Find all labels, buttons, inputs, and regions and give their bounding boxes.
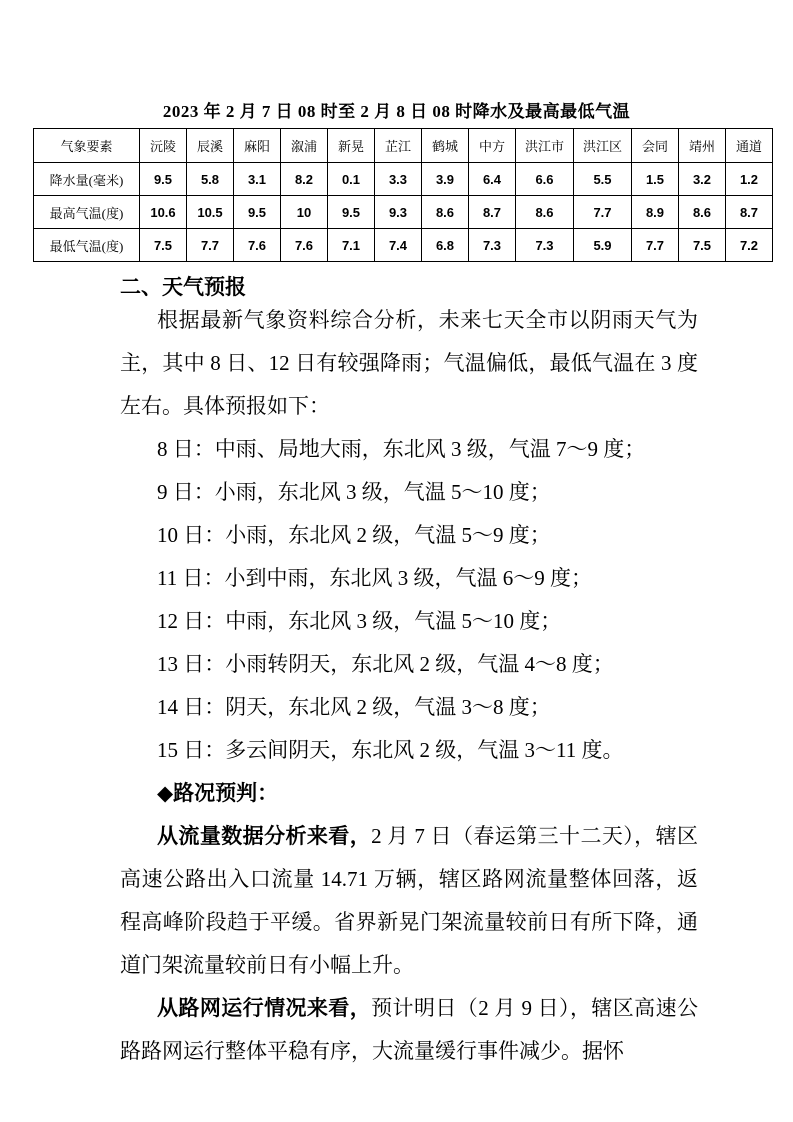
table-cell: 7.7: [187, 229, 234, 262]
forecast-line: 13 日：小雨转阴天，东北风 2 级，气温 4～8 度；: [120, 643, 698, 686]
forecast-line: 15 日：多云间阴天，东北风 2 级，气温 3～11 度。: [120, 729, 698, 772]
table-cell: 0.1: [328, 163, 375, 196]
table-cell: 7.3: [516, 229, 574, 262]
table-cell: 10: [281, 196, 328, 229]
table-row-precipitation: 降水量(毫米) 9.5 5.8 3.1 8.2 0.1 3.3 3.9 6.4 …: [34, 163, 773, 196]
table-header-cell: 沅陵: [140, 129, 187, 163]
table-cell: 7.6: [234, 229, 281, 262]
table-cell: 5.5: [574, 163, 632, 196]
table-cell: 8.7: [469, 196, 516, 229]
table-cell: 7.3: [469, 229, 516, 262]
table-cell: 6.6: [516, 163, 574, 196]
table-cell: 1.5: [632, 163, 679, 196]
table-header-cell: 中方: [469, 129, 516, 163]
network-paragraph: 从路网运行情况来看，预计明日（2 月 9 日），辖区高速公路路网运行整体平稳有序…: [120, 987, 698, 1073]
road-condition-heading: ◆路况预判：: [120, 772, 698, 815]
table-header-cell: 会同: [632, 129, 679, 163]
table-header-cell: 洪江区: [574, 129, 632, 163]
table-header-cell: 麻阳: [234, 129, 281, 163]
table-cell: 6.8: [422, 229, 469, 262]
table-header-row: 气象要素 沅陵 辰溪 麻阳 溆浦 新晃 芷江 鹤城 中方 洪江市 洪江区 会同 …: [34, 129, 773, 163]
precip-temp-table: 气象要素 沅陵 辰溪 麻阳 溆浦 新晃 芷江 鹤城 中方 洪江市 洪江区 会同 …: [33, 128, 773, 262]
table-header-cell: 气象要素: [34, 129, 140, 163]
table-row-min-temp: 最低气温(度) 7.5 7.7 7.6 7.6 7.1 7.4 6.8 7.3 …: [34, 229, 773, 262]
table-cell: 7.2: [726, 229, 773, 262]
table-cell: 8.6: [516, 196, 574, 229]
table-cell: 7.5: [679, 229, 726, 262]
table-header-cell: 洪江市: [516, 129, 574, 163]
table-cell: 7.7: [574, 196, 632, 229]
row-label-cell: 最低气温(度): [34, 229, 140, 262]
forecast-line: 11 日：小到中雨，东北风 3 级，气温 6～9 度；: [120, 557, 698, 600]
table-cell: 9.5: [328, 196, 375, 229]
table-cell: 6.4: [469, 163, 516, 196]
forecast-line: 8 日：中雨、局地大雨，东北风 3 级，气温 7～9 度；: [120, 428, 698, 471]
table-header-cell: 通道: [726, 129, 773, 163]
table-row-max-temp: 最高气温(度) 10.6 10.5 9.5 10 9.5 9.3 8.6 8.7…: [34, 196, 773, 229]
table-cell: 7.1: [328, 229, 375, 262]
section-heading: 二、天气预报: [120, 275, 698, 299]
row-label-cell: 最高气温(度): [34, 196, 140, 229]
table-cell: 3.2: [679, 163, 726, 196]
intro-paragraph: 根据最新气象资料综合分析，未来七天全市以阴雨天气为主，其中 8 日、12 日有较…: [120, 299, 698, 428]
table-cell: 3.3: [375, 163, 422, 196]
forecast-line: 12 日：中雨，东北风 3 级，气温 5～10 度；: [120, 600, 698, 643]
table-cell: 5.9: [574, 229, 632, 262]
table-header-cell: 鹤城: [422, 129, 469, 163]
table-cell: 8.6: [422, 196, 469, 229]
table-cell: 8.9: [632, 196, 679, 229]
table-cell: 8.7: [726, 196, 773, 229]
table-header-cell: 芷江: [375, 129, 422, 163]
table-cell: 8.2: [281, 163, 328, 196]
table-cell: 7.6: [281, 229, 328, 262]
table-cell: 7.4: [375, 229, 422, 262]
table-cell: 9.3: [375, 196, 422, 229]
table-header-cell: 辰溪: [187, 129, 234, 163]
table-cell: 8.6: [679, 196, 726, 229]
table-cell: 3.9: [422, 163, 469, 196]
forecast-line: 9 日：小雨，东北风 3 级，气温 5～10 度；: [120, 471, 698, 514]
body-content: 二、天气预报 根据最新气象资料综合分析，未来七天全市以阴雨天气为主，其中 8 日…: [120, 275, 698, 1073]
table-cell: 3.1: [234, 163, 281, 196]
table-cell: 7.7: [632, 229, 679, 262]
document-page: 2023 年 2 月 7 日 08 时至 2 月 8 日 08 时降水及最高最低…: [0, 0, 793, 1122]
network-paragraph-lead: 从路网运行情况来看，: [157, 996, 371, 1020]
table-cell: 1.2: [726, 163, 773, 196]
table-cell: 9.5: [140, 163, 187, 196]
table-cell: 7.5: [140, 229, 187, 262]
table-cell: 10.6: [140, 196, 187, 229]
table-header-cell: 溆浦: [281, 129, 328, 163]
forecast-line: 10 日：小雨，东北风 2 级，气温 5～9 度；: [120, 514, 698, 557]
table-cell: 5.8: [187, 163, 234, 196]
table-cell: 9.5: [234, 196, 281, 229]
table-header-cell: 新晃: [328, 129, 375, 163]
traffic-paragraph: 从流量数据分析来看，2 月 7 日（春运第三十二天），辖区高速公路出入口流量 1…: [120, 815, 698, 987]
table-cell: 10.5: [187, 196, 234, 229]
table-title: 2023 年 2 月 7 日 08 时至 2 月 8 日 08 时降水及最高最低…: [0, 100, 793, 124]
forecast-line: 14 日：阴天，东北风 2 级，气温 3～8 度；: [120, 686, 698, 729]
row-label-cell: 降水量(毫米): [34, 163, 140, 196]
table-header-cell: 靖州: [679, 129, 726, 163]
traffic-paragraph-lead: 从流量数据分析来看，: [157, 824, 371, 848]
